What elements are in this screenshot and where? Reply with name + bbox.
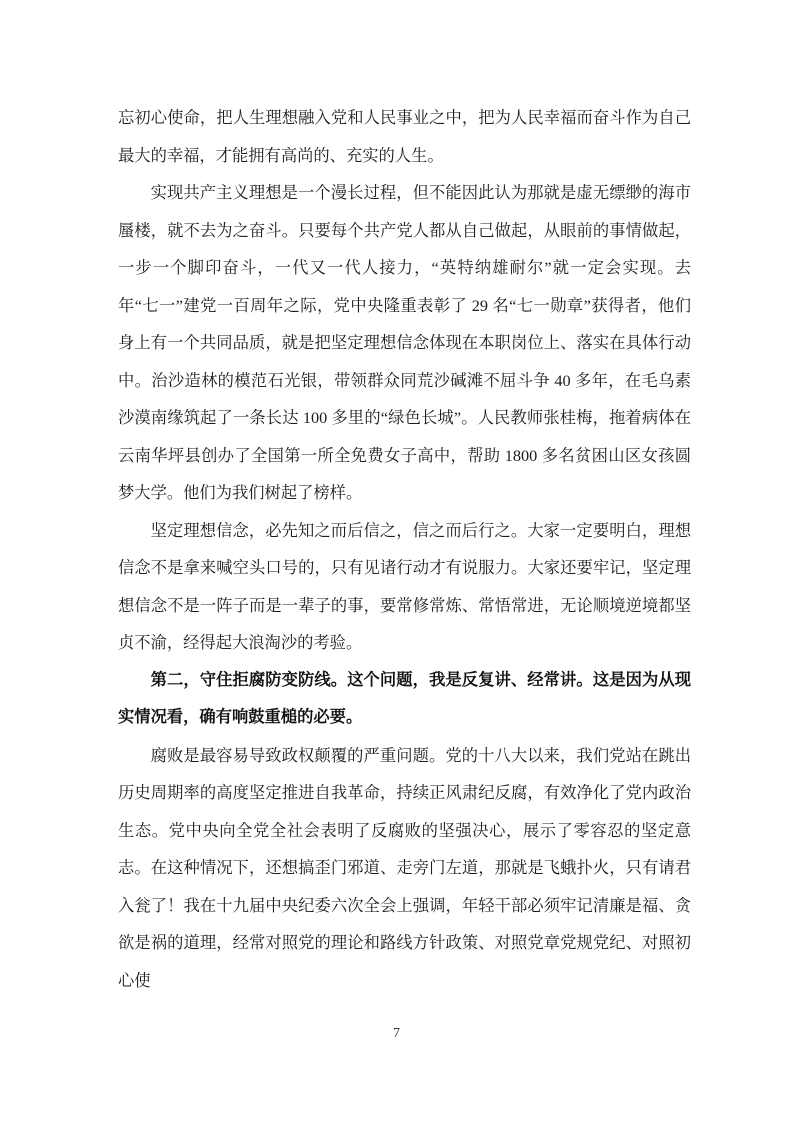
body-paragraph: 腐败是最容易导致政权颠覆的严重问题。党的十八大以来，我们党站在跳出历史周期率的高… [118, 737, 691, 1000]
body-paragraph: 实现共产主义理想是一个漫长过程，但不能因此认为那就是虚无缥缈的海市蜃楼，就不去为… [118, 174, 691, 512]
document-body: 忘初心使命，把人生理想融入党和人民事业之中，把为人民幸福而奋斗作为自己最大的幸福… [118, 99, 691, 999]
page-number: 7 [393, 1026, 400, 1041]
section-heading-paragraph: 第二，守住拒腐防变防线。这个问题，我是反复讲、经常讲。这是因为从现实情况看，确有… [118, 662, 691, 737]
body-paragraph: 坚定理想信念，必先知之而后信之，信之而后行之。大家一定要明白，理想信念不是拿来喊… [118, 512, 691, 662]
document-page: 忘初心使命，把人生理想融入党和人民事业之中，把为人民幸福而奋斗作为自己最大的幸福… [0, 0, 793, 1122]
page-footer: 7 [0, 1024, 793, 1044]
body-paragraph: 忘初心使命，把人生理想融入党和人民事业之中，把为人民幸福而奋斗作为自己最大的幸福… [118, 99, 691, 174]
